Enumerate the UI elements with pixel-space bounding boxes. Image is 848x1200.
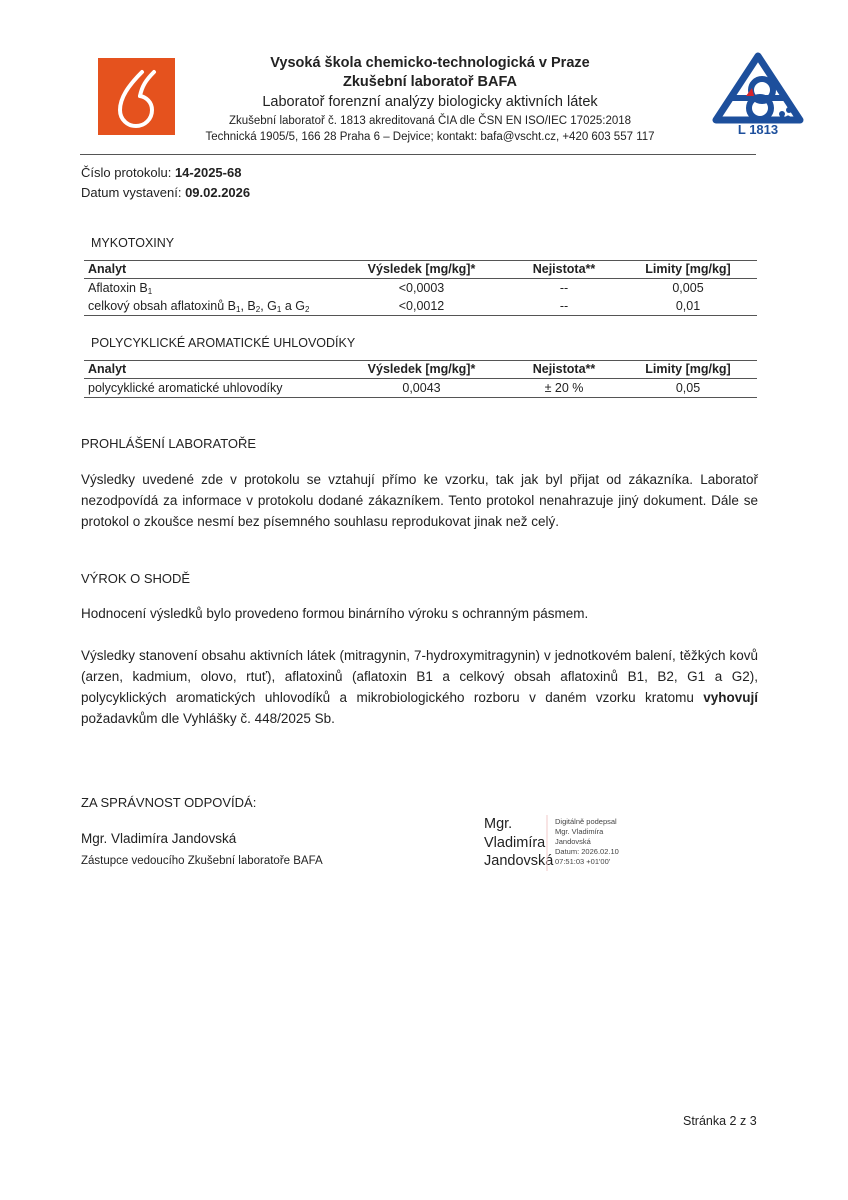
table-row: polycyklické aromatické uhlovodíky 0,004… [84, 379, 757, 398]
uncertainty-cell: -- [509, 297, 619, 316]
statement-text-end: požadavkům dle Vyhlášky č. 448/2025 Sb. [81, 711, 335, 726]
signature-stroke-icon [546, 815, 548, 871]
accreditation-line: Zkušební laboratoř č. 1813 akreditovaná … [180, 113, 680, 129]
column-header: Nejistota** [509, 361, 619, 379]
page-number: Stránka 2 z 3 [683, 1114, 757, 1128]
column-header: Výsledek [mg/kg]* [334, 361, 509, 379]
signature-name-line: Mgr. [484, 815, 553, 834]
protocol-number-value: 14-2025-68 [175, 165, 242, 180]
statement-verdict: vyhovují [703, 690, 758, 705]
digital-signature[interactable]: Mgr. Vladimíra Jandovská Digitálně podep… [484, 815, 644, 873]
analyte-cell: Aflatoxin B1 [84, 279, 334, 298]
limit-cell: 0,01 [619, 297, 757, 316]
signature-name-line: Vladimíra [484, 834, 553, 853]
signer-name: Mgr. Vladimíra Jandovská [81, 831, 236, 846]
table-row: celkový obsah aflatoxinů B1, B2, G1 a G2… [84, 297, 757, 316]
analyte-cell: polycyklické aromatické uhlovodíky [84, 379, 334, 398]
signer-role: Zástupce vedoucího Zkušební laboratoře B… [81, 855, 323, 867]
column-header: Výsledek [mg/kg]* [334, 261, 509, 279]
conformity-statement: Výsledky stanovení obsahu aktivních láte… [81, 645, 758, 729]
svg-text:L 1813: L 1813 [738, 122, 778, 137]
limit-cell: 0,05 [619, 379, 757, 398]
drop-logo-icon [98, 58, 175, 135]
table-header-row: Analyt Výsledek [mg/kg]* Nejistota** Lim… [84, 361, 757, 379]
table-header-row: Analyt Výsledek [mg/kg]* Nejistota** Lim… [84, 261, 757, 279]
signature-detail-line: Datum: 2026.02.10 [555, 847, 619, 857]
issue-date-value: 09.02.2026 [185, 185, 250, 200]
institution-name: Vysoká škola chemicko-technologická v Pr… [180, 54, 680, 73]
issue-date-label: Datum vystavení: [81, 185, 181, 200]
declaration-heading: PROHLÁŠENÍ LABORATOŘE [81, 436, 256, 451]
conformity-method-text: Hodnocení výsledků bylo provedeno formou… [81, 603, 758, 624]
limit-cell: 0,005 [619, 279, 757, 298]
signature-detail-line: 07:51:03 +01'00' [555, 857, 619, 867]
responsible-heading: ZA SPRÁVNOST ODPOVÍDÁ: [81, 795, 256, 810]
result-cell: <0,0003 [334, 279, 509, 298]
protocol-info: Číslo protokolu: 14-2025-68 Datum vystav… [81, 163, 250, 203]
cia-logo: L 1813 [712, 52, 804, 138]
header-divider [80, 154, 756, 155]
pah-table: Analyt Výsledek [mg/kg]* Nejistota** Lim… [84, 360, 757, 398]
uncertainty-cell: ± 20 % [509, 379, 619, 398]
vscht-logo [98, 58, 175, 135]
declaration-text: Výsledky uvedené zde v protokolu se vzta… [81, 469, 758, 532]
table-row: Aflatoxin B1 <0,0003 -- 0,005 [84, 279, 757, 298]
column-header: Limity [mg/kg] [619, 361, 757, 379]
accreditation-triangle-icon: L 1813 [712, 52, 804, 138]
column-header: Limity [mg/kg] [619, 261, 757, 279]
lab-name: Zkušební laboratoř BAFA [180, 73, 680, 92]
signature-details: Digitálně podepsal Mgr. Vladimíra Jandov… [555, 817, 619, 867]
signature-name-line: Jandovská [484, 852, 553, 871]
column-header: Analyt [84, 361, 334, 379]
signature-name: Mgr. Vladimíra Jandovská [484, 815, 553, 871]
contact-line: Technická 1905/5, 166 28 Praha 6 – Dejvi… [180, 129, 680, 145]
signature-detail-line: Mgr. Vladimíra [555, 827, 619, 837]
result-cell: 0,0043 [334, 379, 509, 398]
statement-text: Výsledky stanovení obsahu aktivních láte… [81, 648, 758, 705]
signature-detail-line: Jandovská [555, 837, 619, 847]
column-header: Nejistota** [509, 261, 619, 279]
mycotoxins-table: Analyt Výsledek [mg/kg]* Nejistota** Lim… [84, 260, 757, 316]
result-cell: <0,0012 [334, 297, 509, 316]
signature-detail-line: Digitálně podepsal [555, 817, 619, 827]
column-header: Analyt [84, 261, 334, 279]
section-title-mycotoxins: MYKOTOXINY [91, 236, 174, 250]
lab-subtitle: Laboratoř forenzní analýzy biologicky ak… [180, 92, 680, 113]
conformity-heading: VÝROK O SHODĚ [81, 571, 190, 586]
issue-date: Datum vystavení: 09.02.2026 [81, 183, 250, 203]
protocol-number: Číslo protokolu: 14-2025-68 [81, 163, 250, 183]
analyte-cell: celkový obsah aflatoxinů B1, B2, G1 a G2 [84, 297, 334, 316]
protocol-number-label: Číslo protokolu: [81, 165, 171, 180]
section-title-pah: POLYCYKLICKÉ AROMATICKÉ UHLOVODÍKY [91, 336, 355, 350]
letterhead: Vysoká škola chemicko-technologická v Pr… [180, 54, 680, 145]
uncertainty-cell: -- [509, 279, 619, 298]
